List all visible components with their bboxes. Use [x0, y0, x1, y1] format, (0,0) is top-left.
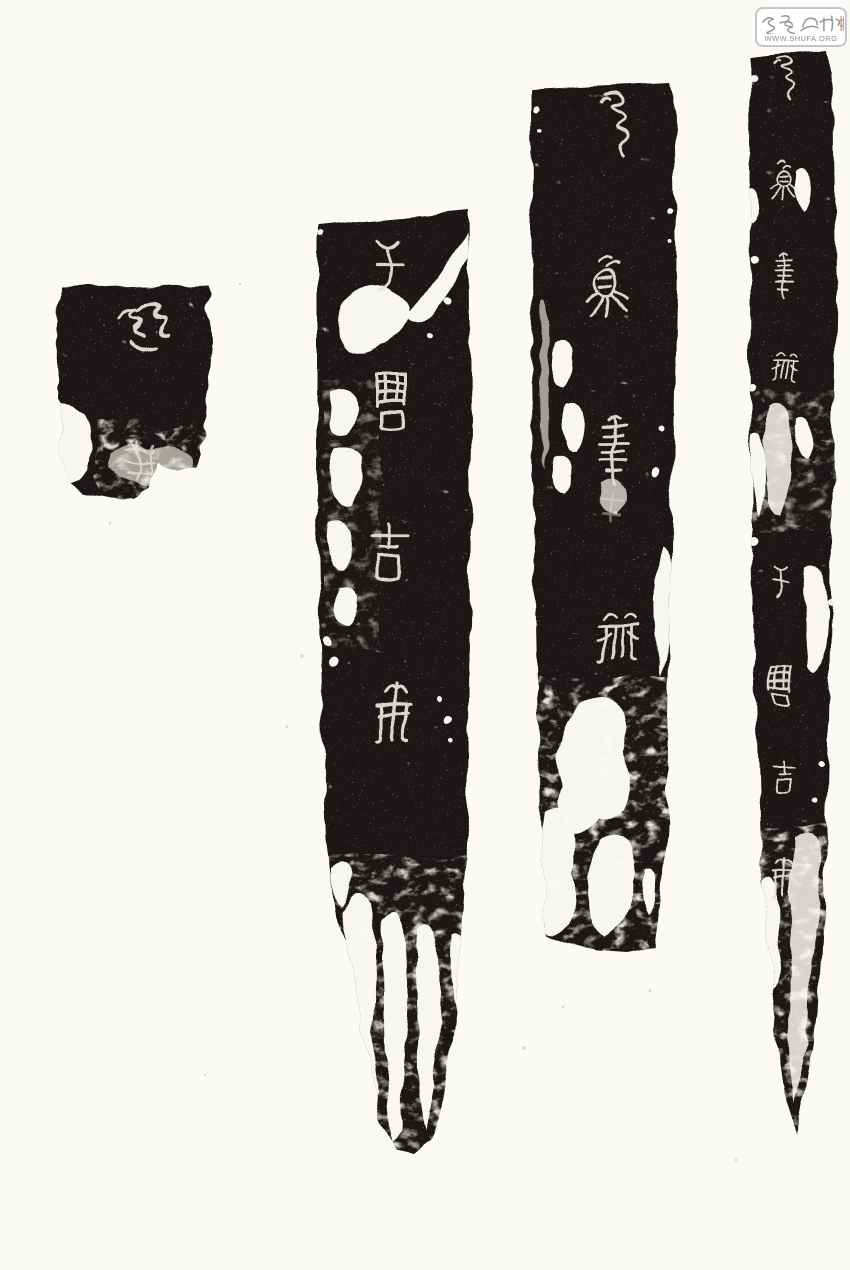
eroded-character-traces: [124, 445, 156, 483]
seal-glyph-fu: [774, 859, 796, 898]
red-seal-mark: [840, 16, 844, 30]
rubbing-scan-page: WWW.SHUFA.ORG: [0, 0, 850, 1270]
rubbings-artwork: [0, 0, 850, 1270]
watermark-badge: WWW.SHUFA.ORG: [755, 7, 847, 47]
rubbing-strip-3: [525, 75, 685, 965]
watermark-calligraphy: [758, 12, 844, 34]
watermark-url: WWW.SHUFA.ORG: [765, 35, 838, 43]
seal-glyph-fu: [378, 684, 410, 742]
